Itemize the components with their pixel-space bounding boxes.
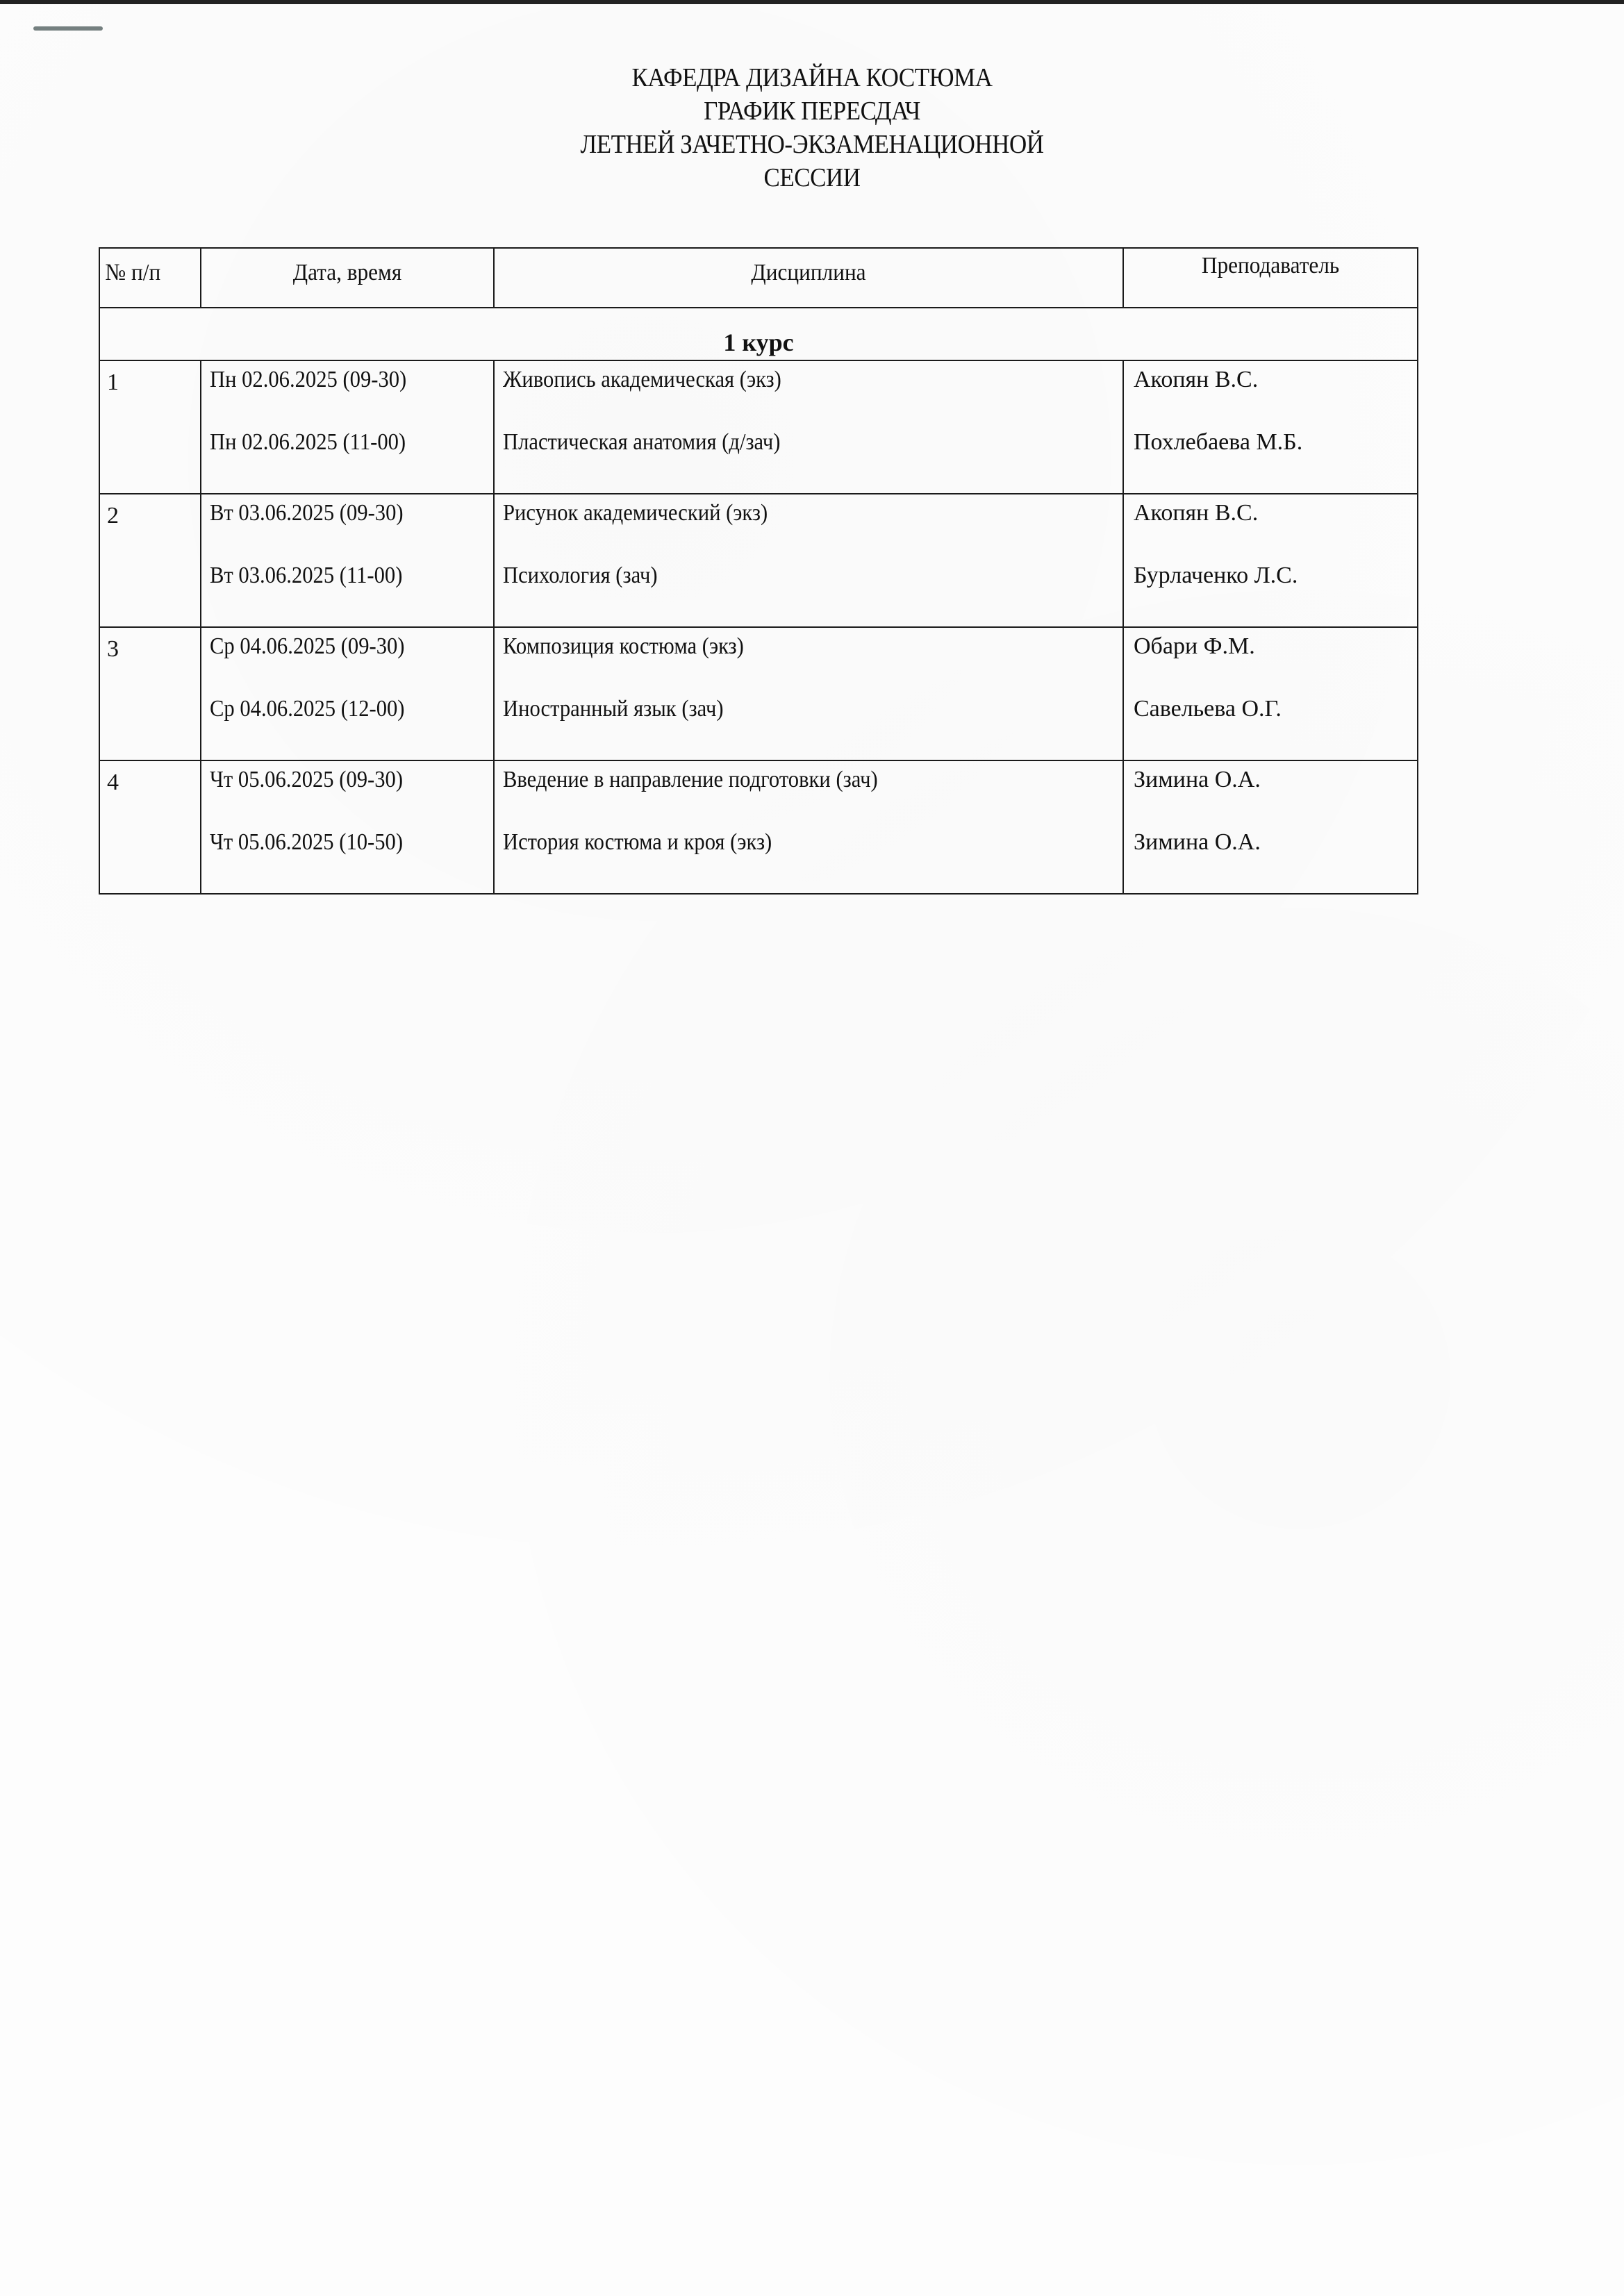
- teacher: Похлебаева М.Б.: [1134, 431, 1409, 493]
- datetime: Ср 04.06.2025 (09-30): [210, 635, 457, 697]
- teacher: Акопян В.С.: [1134, 368, 1409, 431]
- discipline: Живопись академическая (экз): [503, 368, 1053, 431]
- scan-edge: [0, 0, 1624, 4]
- discipline-cell: Живопись академическая (экз) Пластическа…: [494, 360, 1123, 494]
- teacher: Обари Ф.М.: [1134, 635, 1409, 697]
- row-number: 3: [99, 627, 201, 760]
- datetime: Чт 05.06.2025 (09-30): [210, 768, 457, 831]
- datetime: Вт 03.06.2025 (09-30): [210, 501, 457, 564]
- datetime-cell: Пн 02.06.2025 (09-30) Пн 02.06.2025 (11-…: [201, 360, 494, 494]
- teacher: Зимина О.А.: [1134, 768, 1409, 831]
- teacher-cell: Акопян В.С. Похлебаева М.Б.: [1123, 360, 1418, 494]
- row-number: 1: [99, 360, 201, 494]
- teacher: Акопян В.С.: [1134, 501, 1409, 564]
- discipline: Пластическая анатомия (д/зач): [503, 431, 1053, 493]
- column-header-discipline: Дисциплина: [494, 248, 1123, 308]
- discipline: Иностранный язык (зач): [503, 697, 1053, 760]
- department-title: КАФЕДРА ДИЗАЙНА КОСТЮМА: [65, 61, 1559, 94]
- discipline-cell: Рисунок академический (экз) Психология (…: [494, 494, 1123, 627]
- datetime: Пн 02.06.2025 (11-00): [210, 431, 457, 493]
- teacher: Зимина О.А.: [1134, 831, 1409, 893]
- datetime: Пн 02.06.2025 (09-30): [210, 368, 457, 431]
- datetime-cell: Ср 04.06.2025 (09-30) Ср 04.06.2025 (12-…: [201, 627, 494, 760]
- session-title-line1: ЛЕТНЕЙ ЗАЧЕТНО-ЭКЗАМЕНАЦИОННОЙ: [65, 128, 1559, 161]
- discipline-cell: Композиция костюма (экз) Иностранный язы…: [494, 627, 1123, 760]
- retake-schedule-table: № п/п Дата, время Дисциплина Преподавате…: [99, 247, 1418, 895]
- table-row: 4 Чт 05.06.2025 (09-30) Чт 05.06.2025 (1…: [99, 760, 1418, 894]
- row-number: 2: [99, 494, 201, 627]
- discipline: Композиция костюма (экз): [503, 635, 1053, 697]
- datetime: Ср 04.06.2025 (12-00): [210, 697, 457, 760]
- table-header-row: № п/п Дата, время Дисциплина Преподавате…: [99, 248, 1418, 308]
- datetime: Чт 05.06.2025 (10-50): [210, 831, 457, 893]
- course-label: 1 курс: [99, 308, 1418, 360]
- column-header-teacher: Преподаватель: [1123, 248, 1418, 308]
- datetime: Вт 03.06.2025 (11-00): [210, 564, 457, 626]
- discipline-cell: Введение в направление подготовки (зач) …: [494, 760, 1123, 894]
- discipline: История костюма и кроя (экз): [503, 831, 1053, 893]
- discipline: Психология (зач): [503, 564, 1053, 626]
- course-group-row: 1 курс: [99, 308, 1418, 360]
- staple-mark: [33, 26, 103, 31]
- teacher-cell: Обари Ф.М. Савельева О.Г.: [1123, 627, 1418, 760]
- teacher-cell: Зимина О.А. Зимина О.А.: [1123, 760, 1418, 894]
- session-title-line2: СЕССИИ: [65, 161, 1559, 194]
- teacher: Бурлаченко Л.С.: [1134, 564, 1409, 626]
- discipline: Введение в направление подготовки (зач): [503, 768, 1053, 831]
- teacher-cell: Акопян В.С. Бурлаченко Л.С.: [1123, 494, 1418, 627]
- datetime-cell: Чт 05.06.2025 (09-30) Чт 05.06.2025 (10-…: [201, 760, 494, 894]
- table-row: 3 Ср 04.06.2025 (09-30) Ср 04.06.2025 (1…: [99, 627, 1418, 760]
- schedule-title: ГРАФИК ПЕРЕСДАЧ: [65, 94, 1559, 128]
- document-header: КАФЕДРА ДИЗАЙНА КОСТЮМА ГРАФИК ПЕРЕСДАЧ …: [0, 61, 1624, 194]
- column-header-number: № п/п: [99, 248, 201, 308]
- teacher: Савельева О.Г.: [1134, 697, 1409, 760]
- table-row: 1 Пн 02.06.2025 (09-30) Пн 02.06.2025 (1…: [99, 360, 1418, 494]
- discipline: Рисунок академический (экз): [503, 501, 1053, 564]
- column-header-datetime: Дата, время: [201, 248, 494, 308]
- datetime-cell: Вт 03.06.2025 (09-30) Вт 03.06.2025 (11-…: [201, 494, 494, 627]
- row-number: 4: [99, 760, 201, 894]
- table-row: 2 Вт 03.06.2025 (09-30) Вт 03.06.2025 (1…: [99, 494, 1418, 627]
